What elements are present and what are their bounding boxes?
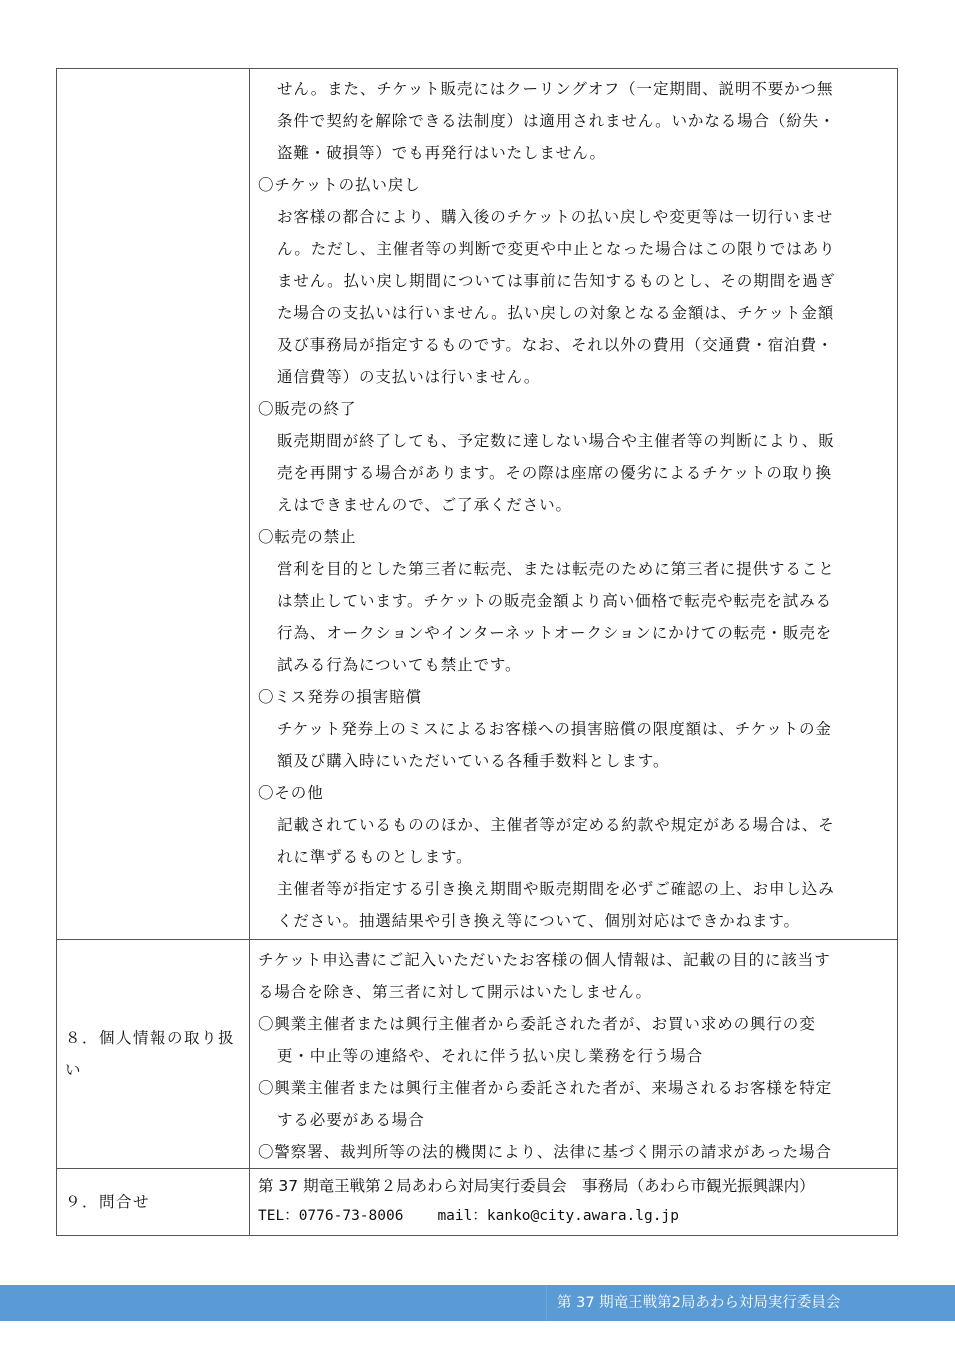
paragraph-line: 及び事務局が指定するものです。なお、それ以外の費用（交通費・宿泊費・ (258, 329, 889, 361)
section-heading: 〇興業主催者または興行主催者から委託された者が、来場されるお客様を特定 (258, 1072, 889, 1104)
section-heading: 〇ミス発券の損害賠償 (258, 681, 889, 713)
paragraph-line: ん。ただし、主催者等の判断で変更や中止となった場合はこの限りではあり (258, 233, 889, 265)
row-label-empty (57, 69, 250, 940)
row-content-contact: 第 37 期竜王戦第２局あわら対局実行委員会 事務局（あわら市観光振興課内） T… (250, 1169, 898, 1236)
section-heading: 〇その他 (258, 777, 889, 809)
paragraph-line: 試みる行為についても禁止です。 (258, 649, 889, 681)
paragraph-line: 営利を目的とした第三者に転売、または転売のために第三者に提供すること (258, 553, 889, 585)
contact-mail-link[interactable]: mail：kanko@city.awara.lg.jp (437, 1208, 678, 1224)
paragraph-line: せん。また、チケット販売にはクーリングオフ（一定期間、説明不要かつ無 (258, 73, 889, 105)
paragraph-line: お客様の都合により、購入後のチケットの払い戻しや変更等は一切行いませ (258, 201, 889, 233)
paragraph-line: 更・中止等の連絡や、それに伴う払い戻し業務を行う場合 (258, 1040, 889, 1072)
paragraph-line: チケット発券上のミスによるお客様への損害賠償の限度額は、チケットの金 (258, 713, 889, 745)
paragraph-line: 行為、オークションやインターネットオークションにかけての転売・販売を (258, 617, 889, 649)
privacy-label-line1: ８．個人情報の取り扱 (65, 1022, 243, 1054)
section-heading: 〇興業主催者または興行主催者から委託された者が、お買い求めの興行の変 (258, 1008, 889, 1040)
row-content-ticket-terms: せん。また、チケット販売にはクーリングオフ（一定期間、説明不要かつ無条件で契約を… (250, 69, 898, 940)
contact-details: TEL：0776-73-8006mail：kanko@city.awara.lg… (258, 1201, 889, 1231)
row-label-privacy: ８．個人情報の取り扱 い (57, 940, 250, 1169)
privacy-label-line2: い (65, 1054, 243, 1086)
paragraph-line: た場合の支払いは行いません。払い戻しの対象となる金額は、チケット金額 (258, 297, 889, 329)
paragraph-line: する必要がある場合 (258, 1104, 889, 1136)
paragraph-line: 盗難・破損等）でも再発行はいたしません。 (258, 137, 889, 169)
terms-table: せん。また、チケット販売にはクーリングオフ（一定期間、説明不要かつ無条件で契約を… (56, 68, 898, 1236)
row-content-privacy: チケット申込書にご記入いただいたお客様の個人情報は、記載の目的に該当する場合を除… (250, 940, 898, 1169)
paragraph-line: 主催者等が指定する引き換え期間や販売期間を必ずご確認の上、お申し込み (258, 873, 889, 905)
contact-tel: TEL：0776-73-8006 (258, 1208, 403, 1224)
section-heading: 〇チケットの払い戻し (258, 169, 889, 201)
contact-label: ９．問合せ (65, 1186, 243, 1218)
paragraph-line: は禁止しています。チケットの販売金額より高い価格で転売や転売を試みる (258, 585, 889, 617)
section-heading: 〇転売の禁止 (258, 521, 889, 553)
paragraph-line: ません。払い戻し期間については事前に告知するものとし、その期間を過ぎ (258, 265, 889, 297)
footer-divider (546, 1285, 547, 1321)
contact-organization: 第 37 期竜王戦第２局あわら対局実行委員会 事務局（あわら市観光振興課内） (258, 1171, 889, 1201)
paragraph-line: ください。抽選結果や引き換え等について、個別対応はできかねます。 (258, 905, 889, 937)
paragraph-line: 売を再開する場合があります。その際は座席の優劣によるチケットの取り換 (258, 457, 889, 489)
section-heading: 〇販売の終了 (258, 393, 889, 425)
paragraph-line: 条件で契約を解除できる法制度）は適用されません。いかなる場合（紛失・ (258, 105, 889, 137)
paragraph-line: 通信費等）の支払いは行いません。 (258, 361, 889, 393)
paragraph-line: 額及び購入時にいただいている各種手数料とします。 (258, 745, 889, 777)
paragraph-line: えはできませんので、ご了承ください。 (258, 489, 889, 521)
footer-organization: 第 37 期竜王戦第2局あわら対局実行委員会 (557, 1285, 840, 1321)
table-row-privacy: ８．個人情報の取り扱 い チケット申込書にご記入いただいたお客様の個人情報は、記… (57, 940, 898, 1169)
footer-band: 第 37 期竜王戦第2局あわら対局実行委員会 (0, 1285, 955, 1321)
paragraph-line: 販売期間が終了しても、予定数に達しない場合や主催者等の判断により、販 (258, 425, 889, 457)
paragraph-line: れに準ずるものとします。 (258, 841, 889, 873)
paragraph-line: 記載されているもののほか、主催者等が定める約款や規定がある場合は、そ (258, 809, 889, 841)
paragraph-line: る場合を除き、第三者に対して開示はいたしません。 (258, 976, 889, 1008)
paragraph-line: チケット申込書にご記入いただいたお客様の個人情報は、記載の目的に該当す (258, 944, 889, 976)
row-label-contact: ９．問合せ (57, 1169, 250, 1236)
table-row-contact: ９．問合せ 第 37 期竜王戦第２局あわら対局実行委員会 事務局（あわら市観光振… (57, 1169, 898, 1236)
table-row-ticket-terms-continued: せん。また、チケット販売にはクーリングオフ（一定期間、説明不要かつ無条件で契約を… (57, 69, 898, 940)
section-heading: 〇警察署、裁判所等の法的機関により、法律に基づく開示の請求があった場合 (258, 1136, 889, 1168)
